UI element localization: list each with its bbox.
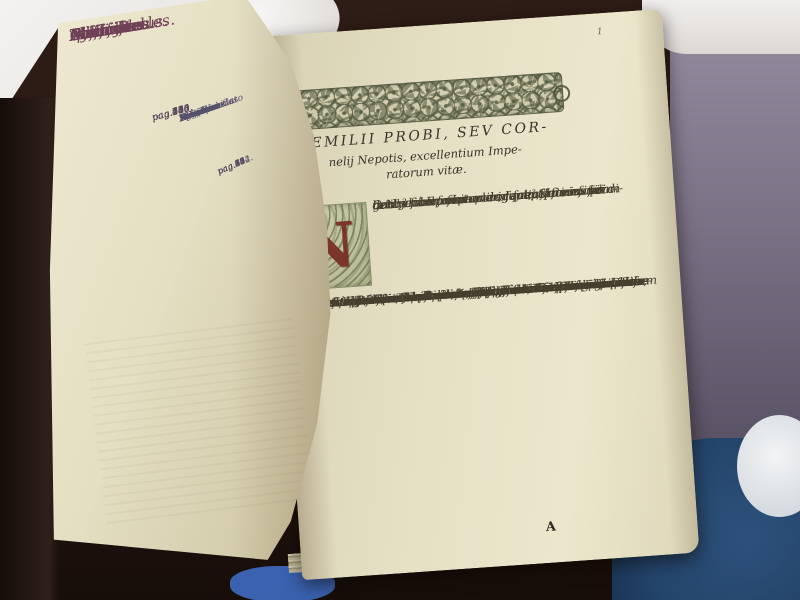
- index-page-ref: pag.112.: [215, 150, 256, 180]
- book-cover-left-edge: [0, 98, 60, 600]
- body-text-line: tutibus commemorari , ſaltaſſe eum com-: [372, 182, 603, 214]
- right-page: 1 AEMILII PROBI, SEV COR- nelij Nepotis,…: [264, 9, 699, 580]
- folio-mark: 1: [597, 27, 603, 37]
- signature-mark: A: [539, 519, 564, 536]
- body-text-beside-initial: O N¹ dubito fore pleroſque , Attice, qui…: [284, 182, 601, 204]
- verso-show-through-texture: [85, 318, 316, 527]
- index-name: T.Pomponius: [177, 93, 237, 128]
- background-wall: [670, 0, 800, 470]
- background-highlight-top-right: [642, 0, 800, 54]
- photo-of-open-antique-book: 1 AEMILII PROBI, SEV COR- nelij Nepotis,…: [0, 0, 800, 600]
